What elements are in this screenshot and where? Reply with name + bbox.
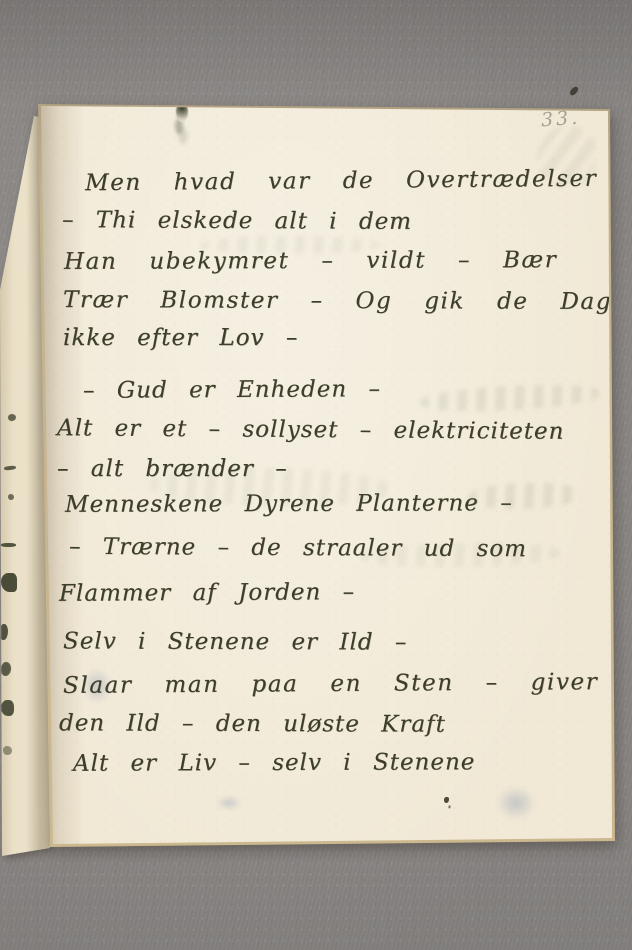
handwritten-line: – Thi elskede alt i dem [62,205,412,237]
handwritten-line: Alt er et – sollyset – elektriciteten [57,413,565,447]
ink-smudge-top [176,102,188,122]
handwritten-line: – Gud er Enheden – [83,374,381,406]
handwritten-line: Menneskene Dyrene Planterne – [65,488,513,520]
manuscript-photo: 33. Men hvad var de Overtrædelser – Thi … [0,0,632,950]
notebook-page-wrap: 33. Men hvad var de Overtrædelser – Thi … [0,0,632,950]
ink-speck [444,797,449,803]
blue-smudge [216,796,242,810]
handwritten-line: Flammer af Jorden – [59,577,355,609]
handwritten-line: – alt brænder – [57,454,288,484]
handwritten-line: den Ild – den uløste Kraft [59,708,446,739]
handwritten-line: Slaar man paa en Sten – giver [63,667,599,701]
bleed-through-ghost [419,381,600,414]
notebook-page: 33. Men hvad var de Overtrædelser – Thi … [0,0,632,950]
handwritten-line: Selv i Stenene er Ild – [63,626,407,657]
blue-smudge [496,786,536,820]
handwritten-line: ikke efter Lov – [63,323,298,353]
handwritten-line: Men hvad var de Overtrædelser [85,164,598,198]
handwritten-line: Han ubekymret – vildt – Bær [64,245,557,277]
handwritten-line: Alt er Liv – selv i Stenene [73,747,475,778]
handwritten-line: Trær Blomster – Og gik de Dag [63,285,612,317]
handwritten-line: – Trærne – de straaler ud som [69,532,527,564]
